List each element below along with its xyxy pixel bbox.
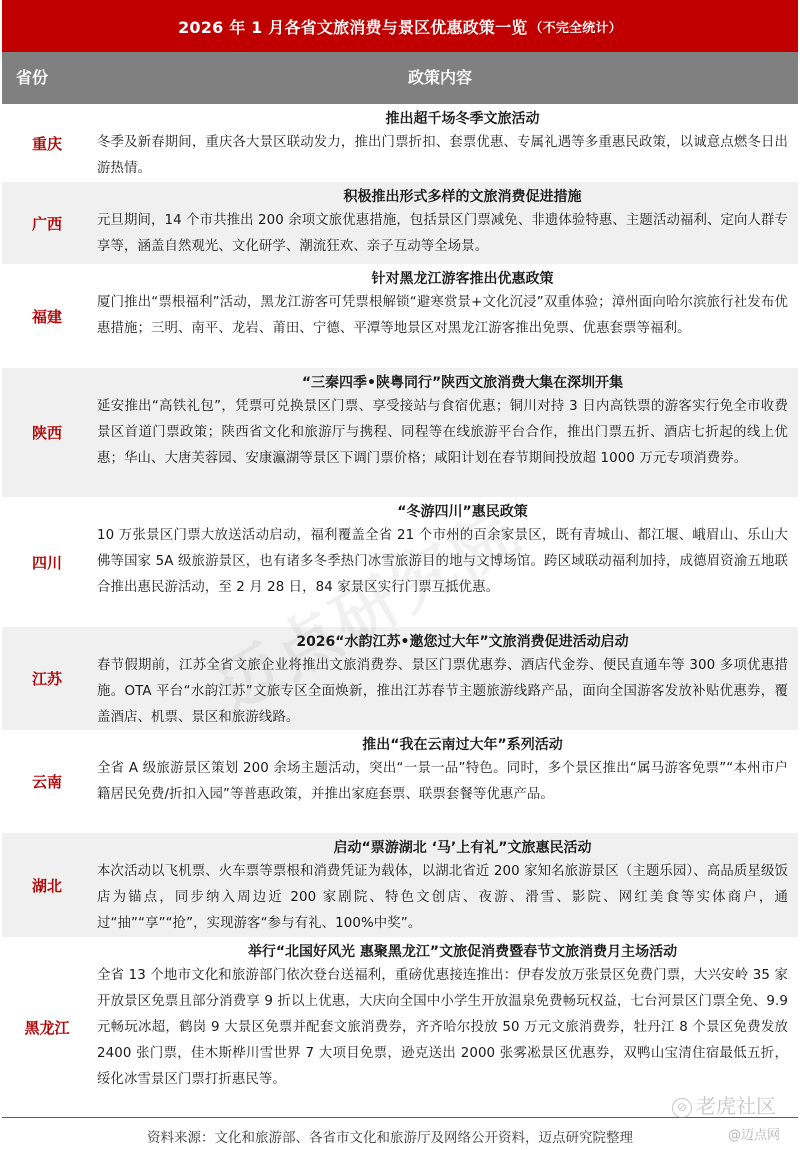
source-note: 资料来源：文化和旅游部、各省市文化和旅游厅及网络公开资料，迈点研究院整理 xyxy=(0,1126,800,1146)
watermark-tiger-community: ⊘老虎社区 xyxy=(672,1090,776,1119)
policy-body: 全省 13 个地市文化和旅游部门依次登台送福利，重磅优惠接连推出：伊春发放万张景… xyxy=(97,963,788,1093)
policy-title: 2026“水韵江苏•邀您过大年”文旅消费促进活动启动 xyxy=(97,631,788,653)
table-row-fujian: 福建 针对黑龙江游客推出优惠政策厦门推出“票根福利”活动，黑龙江游客可凭票根解锁… xyxy=(2,264,798,368)
policy-title: 启动“票游湖北 ‘马’上有礼”文旅惠民活动 xyxy=(97,837,788,859)
policy-table: 重庆 推出超千场冬季文旅活动冬季及新春期间，重庆各大景区联动发力，推出门票折扣、… xyxy=(2,104,798,1117)
policy-body: 延安推出“高铁礼包”，凭票可兑换景区门票、享受接站与食宿优惠；铜川对持 3 日内… xyxy=(97,394,788,472)
tiger-community-logo-icon: ⊘ xyxy=(672,1098,692,1118)
policy-title: “冬游四川”惠民政策 xyxy=(97,501,788,523)
province-name: 云南 xyxy=(2,730,92,833)
watermark-site: @迈点网 xyxy=(728,1124,780,1143)
policy-body: 冬季及新春期间，重庆各大景区联动发力，推出门票折扣、套票优惠、专属礼遇等多重惠民… xyxy=(97,130,788,182)
province-name: 重庆 xyxy=(2,104,92,182)
policy-body: 本次活动以飞机票、火车票等票根和消费凭证为载体，以湖北省近 200 家知名旅游景… xyxy=(97,859,788,937)
policy-title: 举行“北国好风光 惠聚黑龙江”文旅促消费暨春节文旅消费月主场活动 xyxy=(97,941,788,963)
header-policy: 政策内容 xyxy=(2,52,798,104)
table-row-shaanxi: 陕西 “三秦四季•陕粤同行”陕西文旅消费大集在深圳开集延安推出“高铁礼包”，凭票… xyxy=(2,368,798,497)
table-row-jiangsu: 江苏 2026“水韵江苏•邀您过大年”文旅消费促进活动启动春节假期前，江苏全省文… xyxy=(2,627,798,730)
policy-title: 针对黑龙江游客推出优惠政策 xyxy=(97,268,788,290)
province-name: 福建 xyxy=(2,264,92,368)
table-row-yunnan: 云南 推出“我在云南过大年”系列活动全省 A 级旅游景区策划 200 余场主题活… xyxy=(2,730,798,833)
province-name: 江苏 xyxy=(2,627,92,730)
table-row-hubei: 湖北 启动“票游湖北 ‘马’上有礼”文旅惠民活动本次活动以飞机票、火车票等票根和… xyxy=(2,833,798,937)
policy-title: “三秦四季•陕粤同行”陕西文旅消费大集在深圳开集 xyxy=(97,372,788,394)
table-title-sub: （不完全统计） xyxy=(529,17,621,36)
table-row-guangxi: 广西 积极推出形式多样的文旅消费促进措施元旦期间，14 个市共推出 200 余项… xyxy=(2,182,798,264)
table-header: 省份 政策内容 xyxy=(2,52,798,104)
province-name: 湖北 xyxy=(2,833,92,937)
table-row-chongqing: 重庆 推出超千场冬季文旅活动冬季及新春期间，重庆各大景区联动发力，推出门票折扣、… xyxy=(2,104,798,182)
policy-body: 春节假期前，江苏全省文旅企业将推出文旅消费券、景区门票优惠券、酒店代金券、便民直… xyxy=(97,653,788,731)
province-name: 黑龙江 xyxy=(2,937,92,1117)
policy-body: 全省 A 级旅游景区策划 200 余场主题活动，突出“一景一品”特色。同时，多个… xyxy=(97,756,788,808)
policy-title: 推出超千场冬季文旅活动 xyxy=(97,108,788,130)
policy-body: 元旦期间，14 个市共推出 200 余项文旅优惠措施，包括景区门票减免、非遗体验… xyxy=(97,208,788,260)
policy-title: 积极推出形式多样的文旅消费促进措施 xyxy=(97,186,788,208)
table-title: 2026 年 1 月各省文旅消费与景区优惠政策一览 （不完全统计） xyxy=(2,0,798,52)
table-row-sichuan: 四川 “冬游四川”惠民政策10 万张景区门票大放送活动启动，福利覆盖全省 21 … xyxy=(2,497,798,627)
policy-title: 推出“我在云南过大年”系列活动 xyxy=(97,734,788,756)
province-name: 陕西 xyxy=(2,368,92,497)
table-title-main: 2026 年 1 月各省文旅消费与景区优惠政策一览 xyxy=(178,15,527,38)
province-name: 广西 xyxy=(2,182,92,264)
policy-body: 10 万张景区门票大放送活动启动，福利覆盖全省 21 个市州的百余家景区，既有青… xyxy=(97,523,788,601)
province-name: 四川 xyxy=(2,497,92,627)
policy-body: 厦门推出“票根福利”活动，黑龙江游客可凭票根解锁“避寒赏景+文化沉浸”双重体验；… xyxy=(97,290,788,342)
